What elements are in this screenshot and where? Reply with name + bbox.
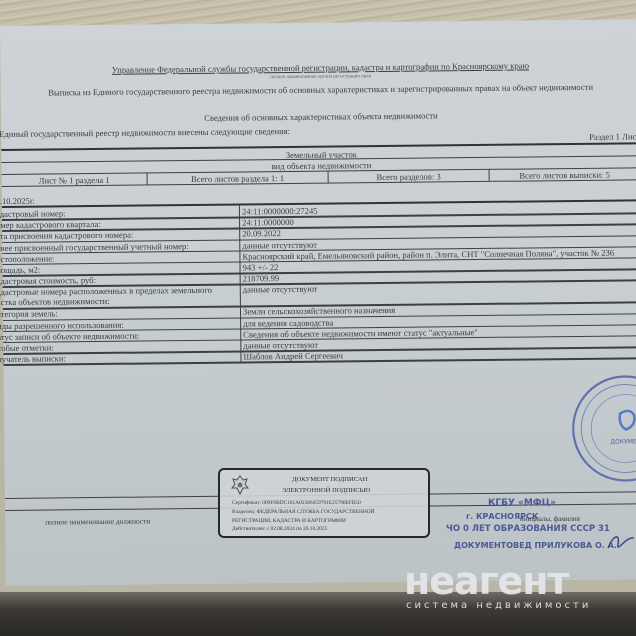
row-label: собые отметки: xyxy=(0,342,54,353)
divider xyxy=(240,317,241,328)
position-caption: полное наименование должности xyxy=(45,516,150,527)
mfc-stamp-line3: ЧО 0 ЛЕТ ОБРАЗОВАНИЯ СССР 31 xyxy=(446,524,610,534)
section-title: Сведения об основных характеристиках объ… xyxy=(1,108,636,125)
row-value: данные отсутствуют xyxy=(243,340,318,351)
mfc-stamp-line1: КГБУ «МФЦ» xyxy=(488,498,556,508)
divider xyxy=(239,250,240,261)
signed-label: ДОКУМЕНТ ПОДПИСАН xyxy=(292,476,367,483)
row-value: 24:11:0000000 xyxy=(242,217,294,228)
e-signature-block: ДОКУМЕНТ ПОДПИСАН ЭЛЕКТРОННОЙ ПОДПИСЬЮ С… xyxy=(218,468,430,538)
row-value: для ведения садоводства xyxy=(243,317,333,328)
divider xyxy=(239,261,240,272)
divider xyxy=(240,284,241,306)
certificate-number: Сертификат: 009F0BDC181A02386459791E2579… xyxy=(232,500,361,506)
row-value: 20.09.2022 xyxy=(242,228,281,238)
row-value: 943 +/- 22 xyxy=(242,262,278,272)
divider xyxy=(3,268,636,276)
watermark-tagline: система недвижимости xyxy=(406,600,591,611)
initials-caption: инициалы, фамилия xyxy=(520,514,580,524)
divider xyxy=(239,217,240,228)
row-value: данные отсутствуют xyxy=(242,239,317,250)
row-label: адастровый номер: xyxy=(0,208,66,219)
divider xyxy=(239,239,240,250)
round-seal-icon: ДОКУМЕНТ xyxy=(570,373,636,484)
divider xyxy=(240,306,241,317)
divider xyxy=(2,199,636,208)
watermark-brand: неагент xyxy=(404,562,569,600)
divider xyxy=(240,273,241,284)
row-label: лучатель выписки: xyxy=(0,354,66,365)
extract-date: .10.2025г. xyxy=(0,196,35,206)
divider xyxy=(239,205,240,216)
row-label: лощадь, м2: xyxy=(0,265,40,275)
handwritten-signature-icon xyxy=(606,532,636,552)
row-value: данные отсутствуют xyxy=(243,284,318,295)
divider xyxy=(240,339,241,350)
svg-text:ДОКУМЕНТ: ДОКУМЕНТ xyxy=(610,438,636,445)
certificate-validity: Действителен: с 02.08.2024 по 26.10.2025 xyxy=(232,526,327,532)
certificate-owner-2: РЕГИСТРАЦИИ, КАДАСТРА И КАРТОГРАФИИ xyxy=(232,518,346,524)
divider xyxy=(240,351,241,362)
row-label: естоположение: xyxy=(0,253,54,264)
divider xyxy=(239,228,240,239)
row-label-continued: астка объектов недвижимости: xyxy=(0,296,110,307)
intro-text: Единый государственный реестр недвижимос… xyxy=(0,126,290,139)
section-sheet-label: Раздел 1 Лист xyxy=(589,131,636,142)
row-label: атегория земель: xyxy=(0,309,58,320)
row-value: 24:11:0000000:27245 xyxy=(242,206,318,217)
row-value: 218709.99 xyxy=(243,273,280,283)
signed-label-2: ЭЛЕКТРОННОЙ ПОДПИСЬЮ xyxy=(282,487,370,494)
mfc-stamp-line4: ДОКУМЕНТОВЕД ПРИЛУКОВА О. А. xyxy=(454,541,617,550)
certificate-owner: Владелец: ФЕДЕРАЛЬНАЯ СЛУЖБА ГОСУДАРСТВЕ… xyxy=(232,509,375,515)
emblem-icon xyxy=(230,474,250,496)
divider xyxy=(240,328,241,339)
